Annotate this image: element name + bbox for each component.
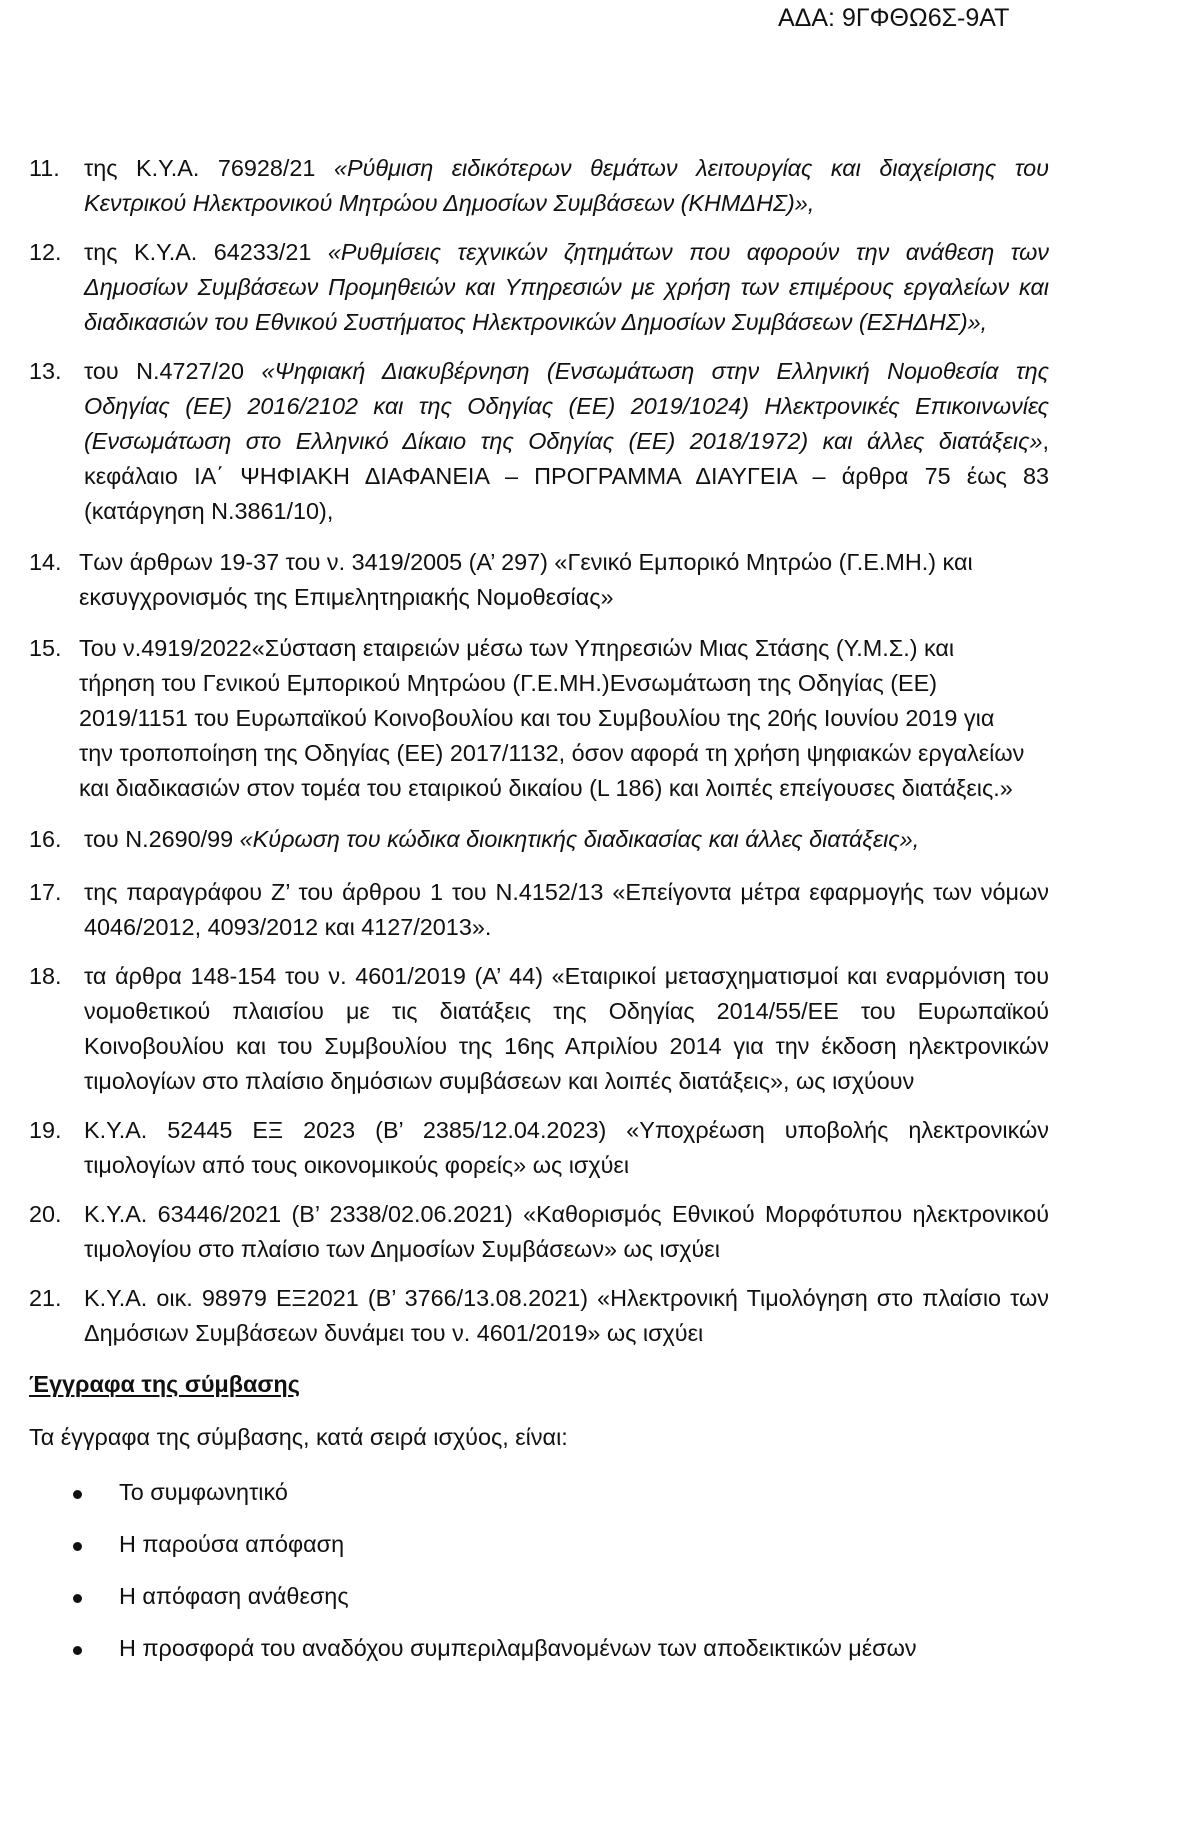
list-item: 16. του Ν.2690/99 «Κύρωση του κώδικα διο… [29, 822, 1049, 857]
item-prefix: της Κ.Υ.Α. 76928/21 [84, 155, 334, 181]
list-item: 11. της Κ.Υ.Α. 76928/21 «Ρύθμιση ειδικότ… [29, 151, 1049, 221]
item-text: τα άρθρα 148-154 του ν. 4601/2019 (Α’ 44… [84, 959, 1049, 1099]
item-number: 14. [29, 545, 62, 580]
item-title: «Κύρωση του κώδικα διοικητικής διαδικασί… [240, 826, 920, 852]
documents-list: Το συμφωνητικό Η παρούσα απόφαση Η απόφα… [29, 1475, 1049, 1666]
list-item: 18. τα άρθρα 148-154 του ν. 4601/2019 (Α… [29, 959, 1049, 1099]
bullet-item: Η προσφορά του αναδόχου συμπεριλαμβανομέ… [29, 1631, 1049, 1666]
bullet-item: Η απόφαση ανάθεσης [29, 1579, 1049, 1614]
bullet-text: Το συμφωνητικό [119, 1479, 288, 1505]
item-number: 20. [29, 1197, 62, 1232]
item-number: 11. [29, 151, 60, 186]
item-prefix: της Κ.Υ.Α. 64233/21 [84, 239, 328, 265]
bullet-icon [73, 1542, 82, 1551]
item-number: 13. [29, 354, 62, 389]
item-text: Του ν.4919/2022«Σύσταση εταιρειών μέσω τ… [79, 631, 1029, 806]
list-item: 12. της Κ.Υ.Α. 64233/21 «Ρυθμίσεις τεχνι… [29, 235, 1049, 340]
item-text: Κ.Υ.Α. οικ. 98979 ΕΞ2021 (Β’ 3766/13.08.… [84, 1281, 1049, 1351]
bullet-item: Η παρούσα απόφαση [29, 1527, 1049, 1562]
item-text: Κ.Υ.Α. 63446/2021 (Β’ 2338/02.06.2021) «… [84, 1197, 1049, 1267]
item-number: 17. [29, 875, 62, 910]
item-number: 12. [29, 235, 62, 270]
list-item: 13. του Ν.4727/20 «Ψηφιακή Διακυβέρνηση … [29, 354, 1049, 529]
bullet-icon [73, 1490, 82, 1499]
item-number: 19. [29, 1113, 62, 1148]
bullet-text: Η παρούσα απόφαση [119, 1531, 344, 1557]
bullet-icon [73, 1594, 82, 1603]
list-item: 17. της παραγράφου Ζ’ του άρθρου 1 του Ν… [29, 875, 1049, 945]
item-prefix: του Ν.4727/20 [84, 358, 261, 384]
list-item: 14. Των άρθρων 19-37 του ν. 3419/2005 (Α… [29, 545, 1049, 615]
bullet-icon [73, 1646, 82, 1655]
item-text: Κ.Υ.Α. 52445 ΕΞ 2023 (Β’ 2385/12.04.2023… [84, 1113, 1049, 1183]
ada-code: ΑΔΑ: 9ΓΦΘΩ6Σ-9ΑΤ [778, 4, 1009, 33]
item-text: Των άρθρων 19-37 του ν. 3419/2005 (Α’ 29… [79, 545, 1049, 615]
list-item: 20. Κ.Υ.Α. 63446/2021 (Β’ 2338/02.06.202… [29, 1197, 1049, 1267]
item-number: 15. [29, 631, 62, 666]
bullet-item: Το συμφωνητικό [29, 1475, 1049, 1510]
section-heading: Έγγραφα της σύμβασης [29, 1371, 1049, 1398]
item-text: της παραγράφου Ζ’ του άρθρου 1 του Ν.415… [84, 875, 1049, 945]
list-item: 19. Κ.Υ.Α. 52445 ΕΞ 2023 (Β’ 2385/12.04.… [29, 1113, 1049, 1183]
item-number: 18. [29, 959, 62, 994]
list-item: 21. Κ.Υ.Α. οικ. 98979 ΕΞ2021 (Β’ 3766/13… [29, 1281, 1049, 1351]
bullet-text: Η απόφαση ανάθεσης [119, 1583, 349, 1609]
bullet-text: Η προσφορά του αναδόχου συμπεριλαμβανομέ… [119, 1635, 917, 1661]
item-prefix: του Ν.2690/99 [84, 826, 240, 852]
document-body: 11. της Κ.Υ.Α. 76928/21 «Ρύθμιση ειδικότ… [29, 151, 1049, 1666]
item-number: 21. [29, 1281, 62, 1316]
item-number: 16. [29, 822, 62, 857]
list-item: 15. Του ν.4919/2022«Σύσταση εταιρειών μέ… [29, 631, 1049, 806]
section-intro: Τα έγγραφα της σύμβασης, κατά σειρά ισχύ… [29, 1420, 1049, 1455]
